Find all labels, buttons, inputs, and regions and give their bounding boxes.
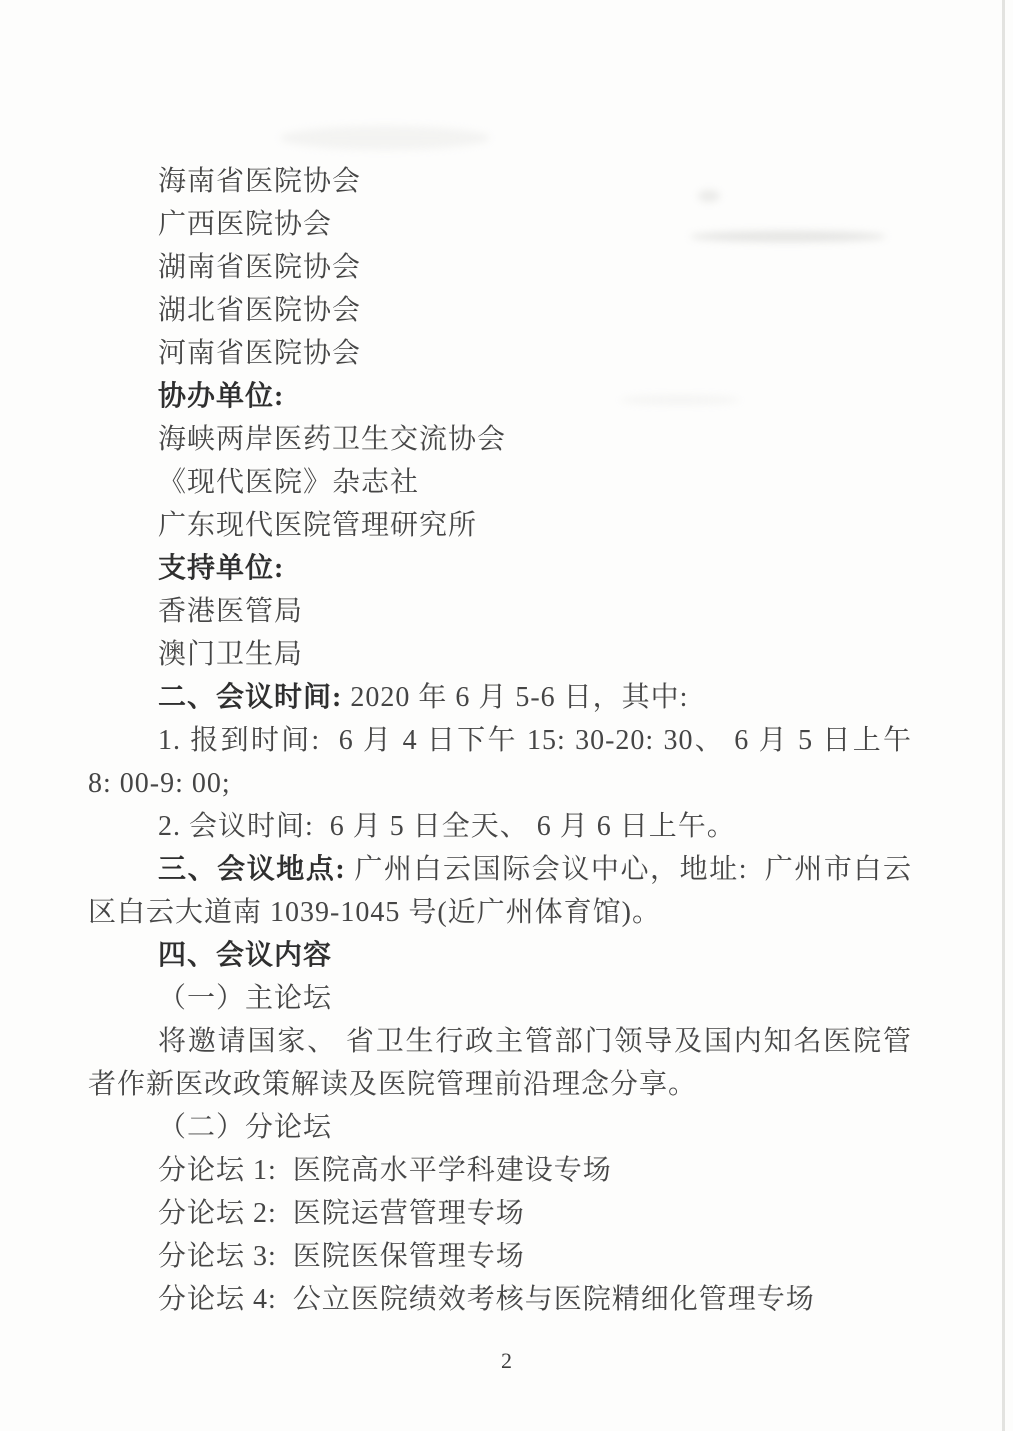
line-text: 澳门卫生局: [158, 639, 303, 670]
line-text: 2020 年 6 月 5-6 日，其中:: [342, 682, 688, 713]
bold-heading: 二、会议时间:: [158, 682, 342, 713]
text-line: 澳门卫生局: [88, 633, 912, 676]
line-text: 8: 00-9: 00;: [88, 768, 231, 799]
text-line: 2. 会议时间: 6 月 5 日全天、 6 月 6 日上午。: [88, 805, 912, 848]
text-line: 分论坛 3: 医院医保管理专场: [88, 1235, 912, 1278]
scan-edge-line: [1002, 0, 1005, 1431]
line-text: 区白云大道南 1039-1045 号(近广州体育馆)。: [88, 897, 661, 928]
text-line: 区白云大道南 1039-1045 号(近广州体育馆)。: [88, 891, 912, 934]
bold-heading: 四、会议内容: [158, 940, 332, 971]
line-text: 广东现代医院管理研究所: [158, 510, 477, 541]
line-text: 分论坛 2: 医院运营管理专场: [158, 1198, 525, 1229]
text-line: 支持单位:: [88, 547, 912, 590]
text-line: 三、会议地点: 广州白云国际会议中心，地址: 广州市白云: [88, 848, 912, 891]
line-text: 广西医院协会: [158, 209, 332, 240]
bold-heading: 支持单位:: [158, 553, 284, 584]
line-text: 河南省医院协会: [158, 338, 361, 369]
text-line: 分论坛 1: 医院高水平学科建设专场: [88, 1149, 912, 1192]
line-text: 广州白云国际会议中心，地址: 广州市白云: [346, 854, 912, 885]
page-number: 2: [0, 1346, 1013, 1376]
line-text: 湖北省医院协会: [158, 295, 361, 326]
line-text: （一）主论坛: [158, 983, 332, 1014]
line-text: 湖南省医院协会: [158, 252, 361, 283]
line-text: 1. 报到时间: 6 月 4 日下午 15: 30-20: 30、 6 月 5 …: [158, 725, 912, 756]
text-line: 海南省医院协会: [88, 160, 912, 203]
text-line: 海峡两岸医药卫生交流协会: [88, 418, 912, 461]
scan-smudge: [280, 126, 490, 150]
line-text: 2. 会议时间: 6 月 5 日全天、 6 月 6 日上午。: [158, 811, 736, 842]
text-line: 四、会议内容: [88, 934, 912, 977]
text-line: 1. 报到时间: 6 月 4 日下午 15: 30-20: 30、 6 月 5 …: [88, 719, 912, 762]
text-line: 河南省医院协会: [88, 332, 912, 375]
text-line: 香港医管局: [88, 590, 912, 633]
text-line: 湖南省医院协会: [88, 246, 912, 289]
line-text: 《现代医院》杂志社: [158, 467, 419, 498]
line-text: 将邀请国家、 省卫生行政主管部门领导及国内知名医院管理: [158, 1026, 912, 1063]
text-line: 湖北省医院协会: [88, 289, 912, 332]
bold-heading: 协办单位:: [158, 381, 284, 412]
text-line: 将邀请国家、 省卫生行政主管部门领导及国内知名医院管理: [88, 1020, 912, 1063]
text-line: 二、会议时间: 2020 年 6 月 5-6 日，其中:: [88, 676, 912, 719]
line-text: 分论坛 1: 医院高水平学科建设专场: [158, 1155, 612, 1186]
line-text: 海峡两岸医药卫生交流协会: [158, 424, 506, 455]
document-body: 海南省医院协会广西医院协会湖南省医院协会湖北省医院协会河南省医院协会协办单位:海…: [88, 160, 912, 1321]
line-text: 海南省医院协会: [158, 166, 361, 197]
text-line: 分论坛 4: 公立医院绩效考核与医院精细化管理专场: [88, 1278, 912, 1321]
text-line: 广西医院协会: [88, 203, 912, 246]
text-line: 广东现代医院管理研究所: [88, 504, 912, 547]
text-line: （二）分论坛: [88, 1106, 912, 1149]
line-text: 者作新医改政策解读及医院管理前沿理念分享。: [88, 1069, 697, 1100]
text-line: 协办单位:: [88, 375, 912, 418]
text-line: 分论坛 2: 医院运营管理专场: [88, 1192, 912, 1235]
line-text: 分论坛 3: 医院医保管理专场: [158, 1241, 525, 1272]
text-line: 《现代医院》杂志社: [88, 461, 912, 504]
bold-heading: 三、会议地点:: [158, 854, 346, 885]
text-line: 者作新医改政策解读及医院管理前沿理念分享。: [88, 1063, 912, 1106]
line-text: 分论坛 4: 公立医院绩效考核与医院精细化管理专场: [158, 1284, 815, 1315]
document-page: 海南省医院协会广西医院协会湖南省医院协会湖北省医院协会河南省医院协会协办单位:海…: [0, 0, 1013, 1431]
line-text: （二）分论坛: [158, 1112, 332, 1143]
text-line: （一）主论坛: [88, 977, 912, 1020]
line-text: 香港医管局: [158, 596, 303, 627]
text-line: 8: 00-9: 00;: [88, 762, 912, 805]
